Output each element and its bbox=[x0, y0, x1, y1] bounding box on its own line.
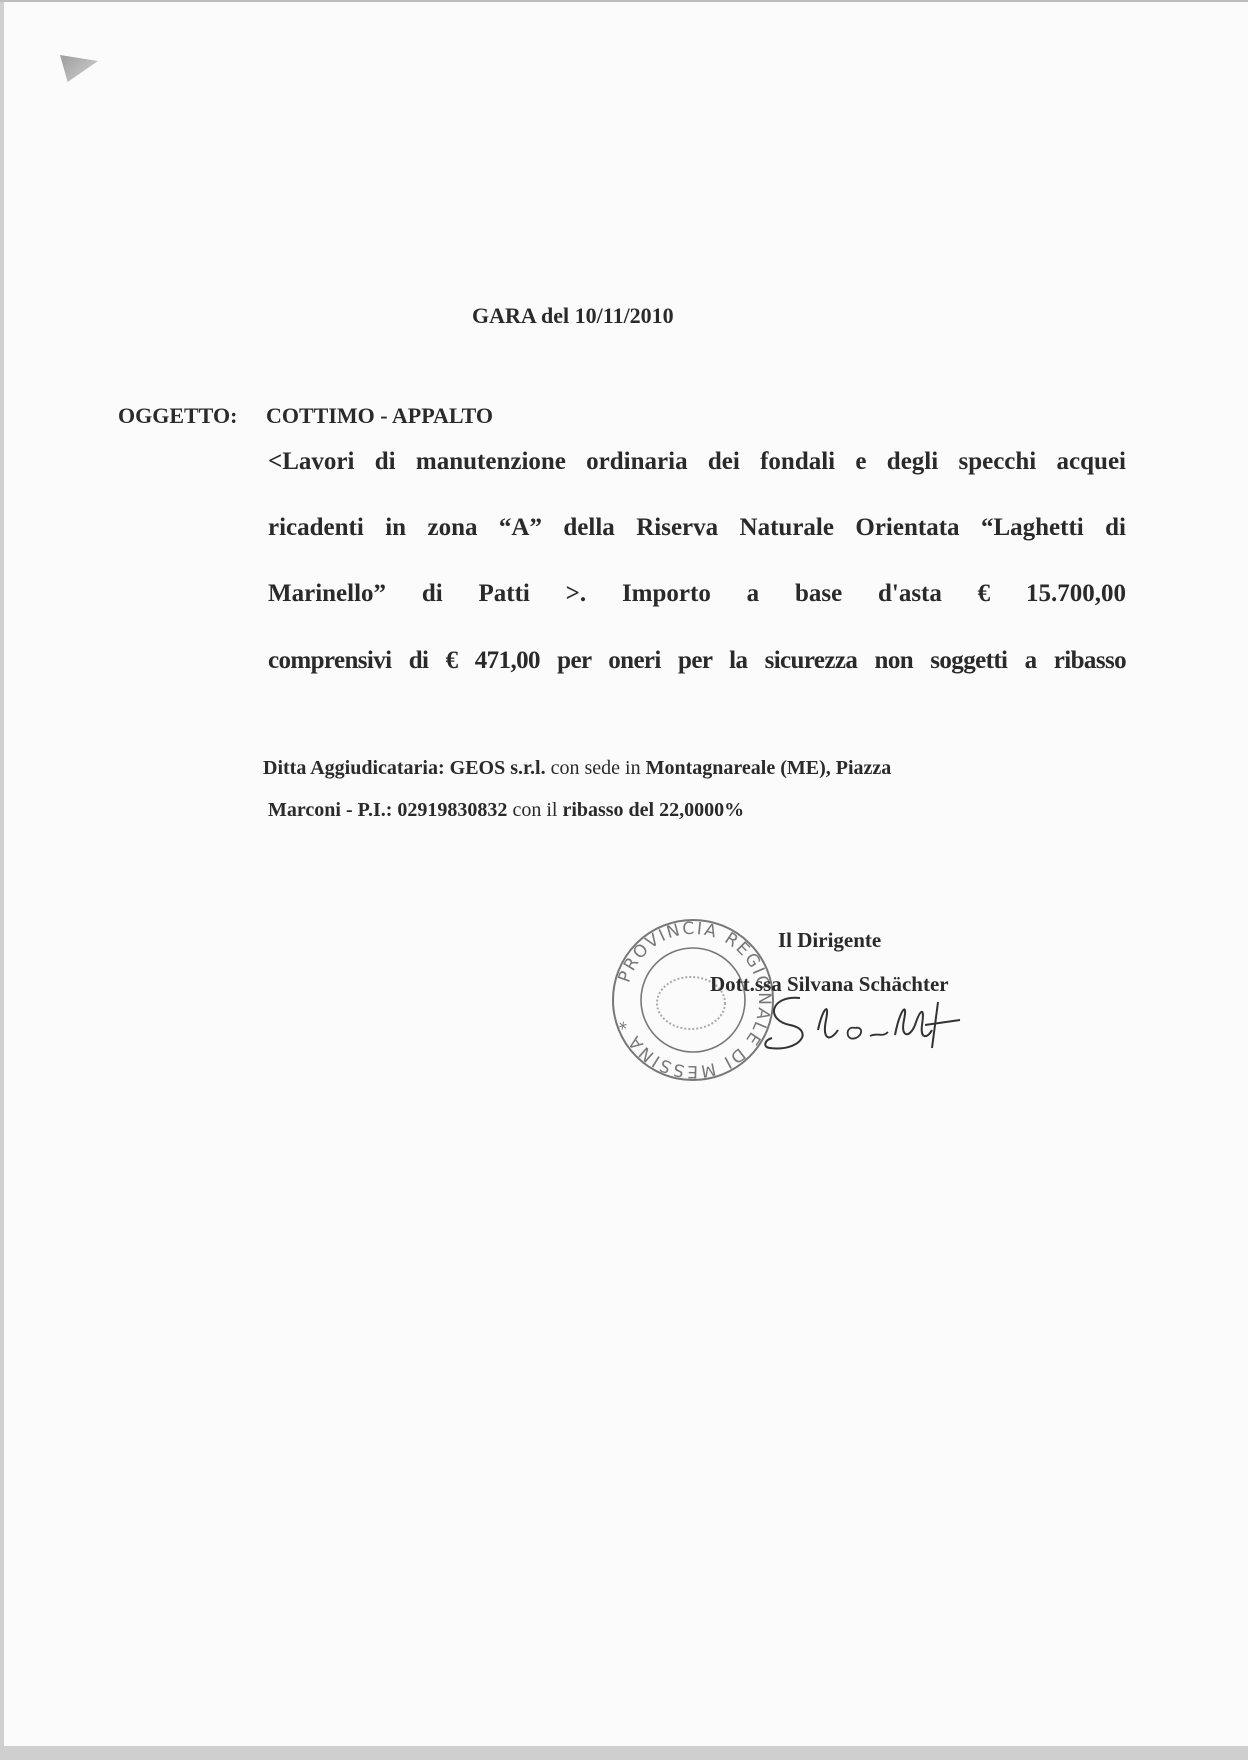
award-location: Montagnareale (ME), Piazza bbox=[646, 757, 892, 779]
scan-edge-bottom bbox=[0, 1746, 1248, 1760]
document-title: GARA del 10/11/2010 bbox=[472, 303, 674, 329]
award-company: GEOS s.r.l. bbox=[450, 757, 546, 779]
subject-line-1: <Lavori di manutenzione ordinaria dei fo… bbox=[268, 448, 1126, 476]
award-mid-text: con sede in bbox=[551, 757, 641, 779]
award-discount: ribasso del 22,0000% bbox=[562, 799, 744, 821]
award-label: Ditta Aggiudicataria: bbox=[263, 757, 445, 779]
subject-line-2: ricadenti in zona “A” della Riserva Natu… bbox=[268, 514, 1126, 542]
official-stamp-icon: PROVINCIA REGIONALE DI MESSINA * bbox=[608, 915, 778, 1085]
award-address-vat: Marconi - P.I.: 02919830832 bbox=[268, 799, 507, 821]
handwritten-signature-icon bbox=[760, 990, 990, 1060]
subject-line-4: comprensivi di € 471,00 per oneri per la… bbox=[268, 647, 1126, 675]
award-line-1: Ditta Aggiudicataria: GEOS s.r.l. con se… bbox=[263, 757, 891, 780]
award-mid-text-2: con il bbox=[512, 799, 557, 821]
subject-label: OGGETTO: bbox=[118, 403, 237, 429]
signatory-role: Il Dirigente bbox=[778, 928, 881, 953]
subject-value: COTTIMO - APPALTO bbox=[266, 403, 493, 429]
document-page bbox=[4, 2, 1248, 1748]
subject-line-3: Marinello” di Patti >. Importo a base d'… bbox=[268, 580, 1126, 608]
award-line-2: Marconi - P.I.: 02919830832 con il ribas… bbox=[268, 799, 744, 822]
